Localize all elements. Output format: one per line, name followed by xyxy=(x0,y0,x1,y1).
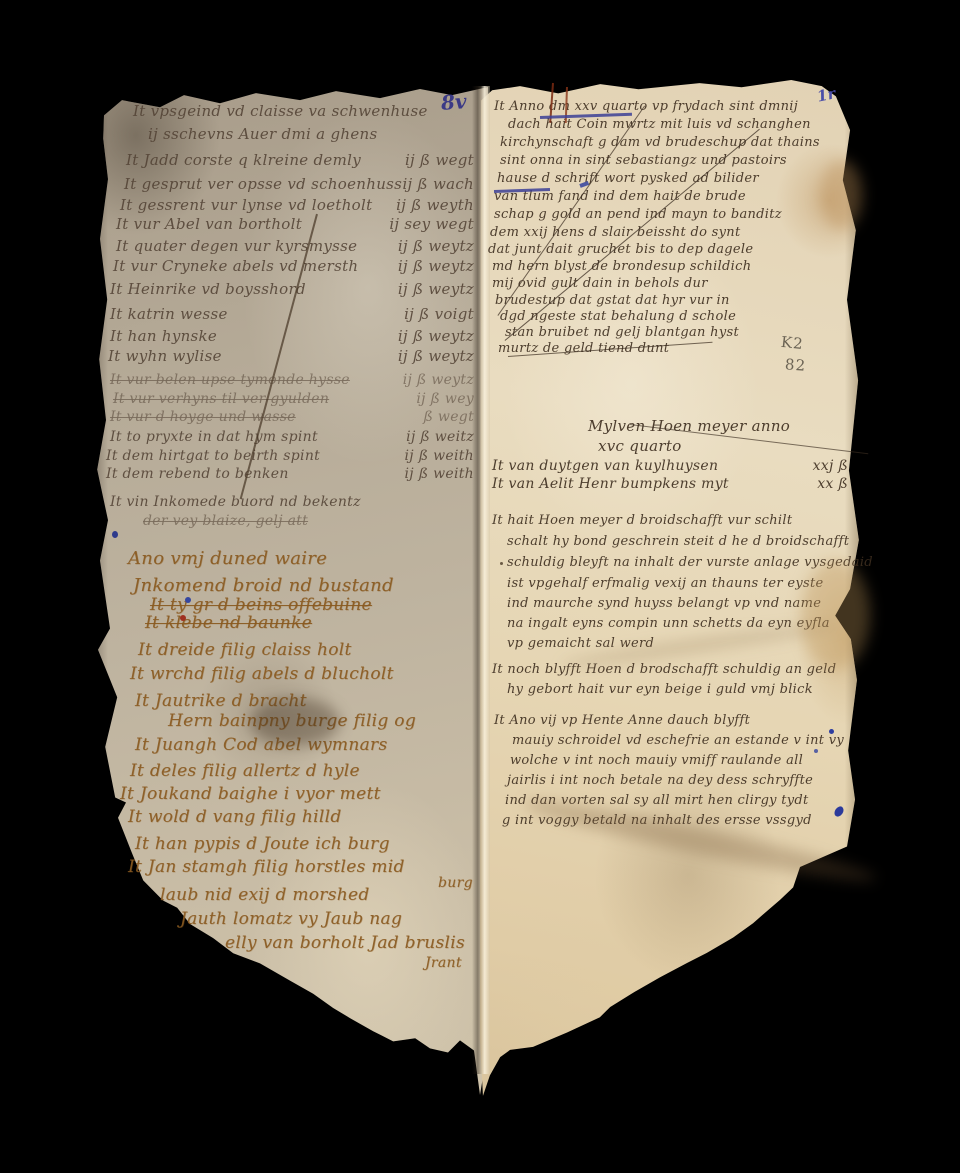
left-diagonal-pen-stroke xyxy=(240,214,318,499)
blue-dot-margin-b xyxy=(814,749,818,753)
crossout-stroke-a xyxy=(505,129,761,342)
blue-underline-xxv-quarto xyxy=(540,113,632,119)
blue-ink-blob xyxy=(833,805,846,819)
tan-stain-right-top xyxy=(820,160,862,230)
crease-shadow-mid xyxy=(560,619,839,672)
folio-number-right: 1r xyxy=(815,84,837,105)
blue-dot-margin-a xyxy=(829,729,834,734)
heading-strike-stroke xyxy=(630,424,868,455)
pencil-shelfmark-82: 82 xyxy=(784,355,806,374)
paragraph-bullet-dot xyxy=(500,562,503,565)
red-dot-left-list xyxy=(180,615,186,621)
blue-dot-left-edge xyxy=(112,531,118,538)
crossout-stroke-lastline xyxy=(508,342,713,358)
folio-number-left: 8v xyxy=(440,89,467,115)
blue-dot-left-list xyxy=(185,597,191,603)
dark-blotch-left-page xyxy=(250,698,340,746)
marks-layer xyxy=(0,0,960,1173)
manuscript-photo: It vpsgeind vd claisse va schwenhuse ij … xyxy=(0,0,960,1173)
pencil-shelfmark-k2: K2 xyxy=(780,333,805,353)
blue-underline-hause xyxy=(494,188,550,192)
tan-stain-right-edge xyxy=(800,560,870,670)
crease-shadow-lower xyxy=(521,791,879,891)
